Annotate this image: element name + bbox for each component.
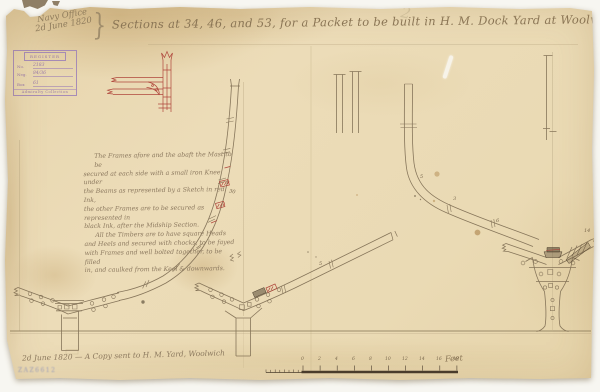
red-timber-marks [211, 166, 560, 292]
stamp-row-value: 84/36 [33, 71, 73, 77]
stamp-row: No. 2183 [17, 62, 73, 69]
dark-chocks [253, 243, 591, 298]
scanned-plan-sheet: Navy Office 2d June 1820 } Sections at 3… [0, 0, 600, 392]
scale-number: 0 [301, 357, 304, 362]
brace-mark: } [92, 8, 107, 44]
toptimber-pair-1 [334, 75, 346, 134]
scale-number: 4 [335, 357, 338, 362]
scale-number: 6 [352, 357, 355, 362]
frame-number-mark: 3 [453, 196, 456, 202]
stamp-row-label: No. [17, 64, 33, 69]
stamp-header: REGISTER [24, 52, 66, 61]
frame-number-mark: 30 [229, 188, 236, 195]
scale-number: 16 [436, 357, 442, 362]
scale-number: 14 [419, 357, 425, 362]
note-line: the other Frames are to be secured as re… [84, 204, 236, 224]
frame-number-mark: 14 [584, 228, 590, 234]
frame-number-mark: 6 [496, 218, 499, 224]
note-line: the Beams as represented by a Sketch in … [84, 186, 236, 206]
toptimber-right [543, 56, 557, 141]
note-line: with Frames and well bolted together, to… [84, 248, 236, 268]
stamp-row-value: 2183 [33, 63, 73, 69]
scale-number: 10 [385, 357, 391, 362]
frame-number-mark: 5 [319, 261, 322, 267]
scale-number: 2 [318, 357, 321, 362]
stamp-row-label: Box [17, 82, 33, 87]
stamp-row: Neg. 84/36 [17, 70, 73, 77]
note-line: secured at each side with a small iron K… [83, 169, 235, 189]
specification-note: The Frames afore and the abaft the Mast … [83, 151, 237, 276]
red-knee-sketch [107, 52, 172, 113]
base-line [10, 331, 591, 334]
stamp-row-value: 61 [33, 81, 73, 87]
scale-number: 12 [402, 357, 408, 362]
scale-bar [266, 366, 458, 373]
left-floor-crutch [14, 288, 120, 351]
frame-number-mark: 5 [420, 174, 423, 180]
registration-stamp: REGISTER No. 2183 Neg. 84/36 Box 61 Admi… [13, 50, 77, 96]
right-section-timber [400, 84, 539, 247]
scale-feet-label: Feet [445, 353, 463, 363]
toptimber-pair-2 [350, 72, 362, 134]
catalogue-mark: ZAZ6612 [18, 367, 56, 374]
stamp-row: Box 61 [17, 80, 73, 87]
stamp-footer: Admiralty Collection [14, 89, 76, 94]
paper-sheet: Navy Office 2d June 1820 } Sections at 3… [0, 0, 600, 392]
scale-number: 8 [369, 357, 372, 362]
note-line: The Frames afore and the abaft the Mast … [83, 151, 235, 171]
stamp-row-label: Neg. [17, 72, 33, 77]
